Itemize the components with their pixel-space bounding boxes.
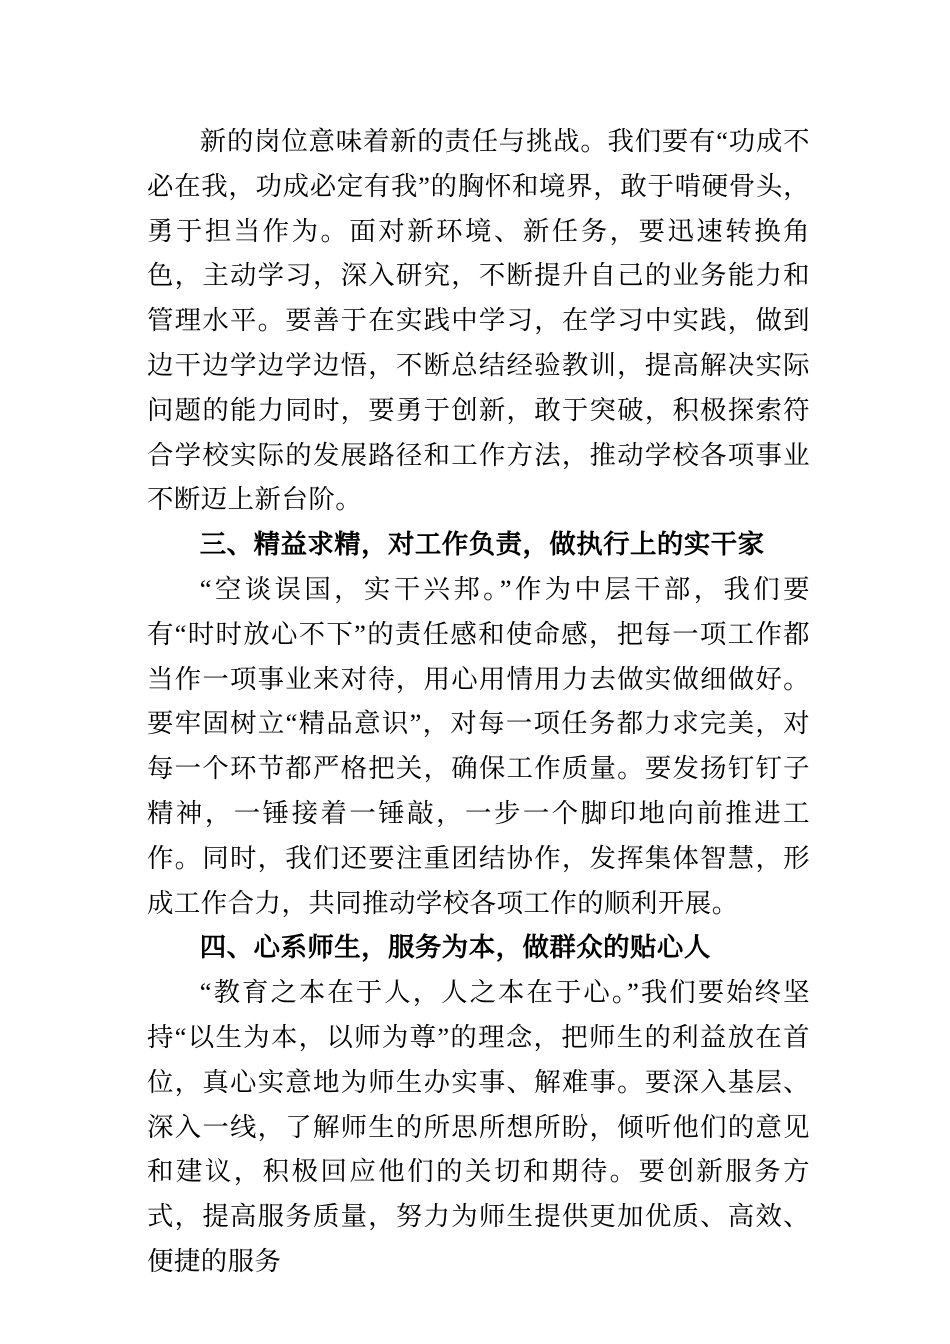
document-page: 新的岗位意味着新的责任与挑战。我们要有“功成不必在我，功成必定有我”的胸怀和境界… xyxy=(0,0,950,1344)
section-heading: 三、精益求精，对工作负责，做执行上的实干家 xyxy=(147,522,810,567)
body-paragraph: “教育之本在于人，人之本在于心。”我们要始终坚持“以生为本，以师为尊”的理念，把… xyxy=(147,970,810,1284)
section-heading: 四、心系师生，服务为本，做群众的贴心人 xyxy=(147,925,810,970)
body-paragraph: 新的岗位意味着新的责任与挑战。我们要有“功成不必在我，功成必定有我”的胸怀和境界… xyxy=(147,119,810,522)
document-content: 新的岗位意味着新的责任与挑战。我们要有“功成不必在我，功成必定有我”的胸怀和境界… xyxy=(147,119,810,1284)
body-paragraph: “空谈误国，实干兴邦。”作为中层干部，我们要有“时时放心不下”的责任感和使命感，… xyxy=(147,567,810,925)
